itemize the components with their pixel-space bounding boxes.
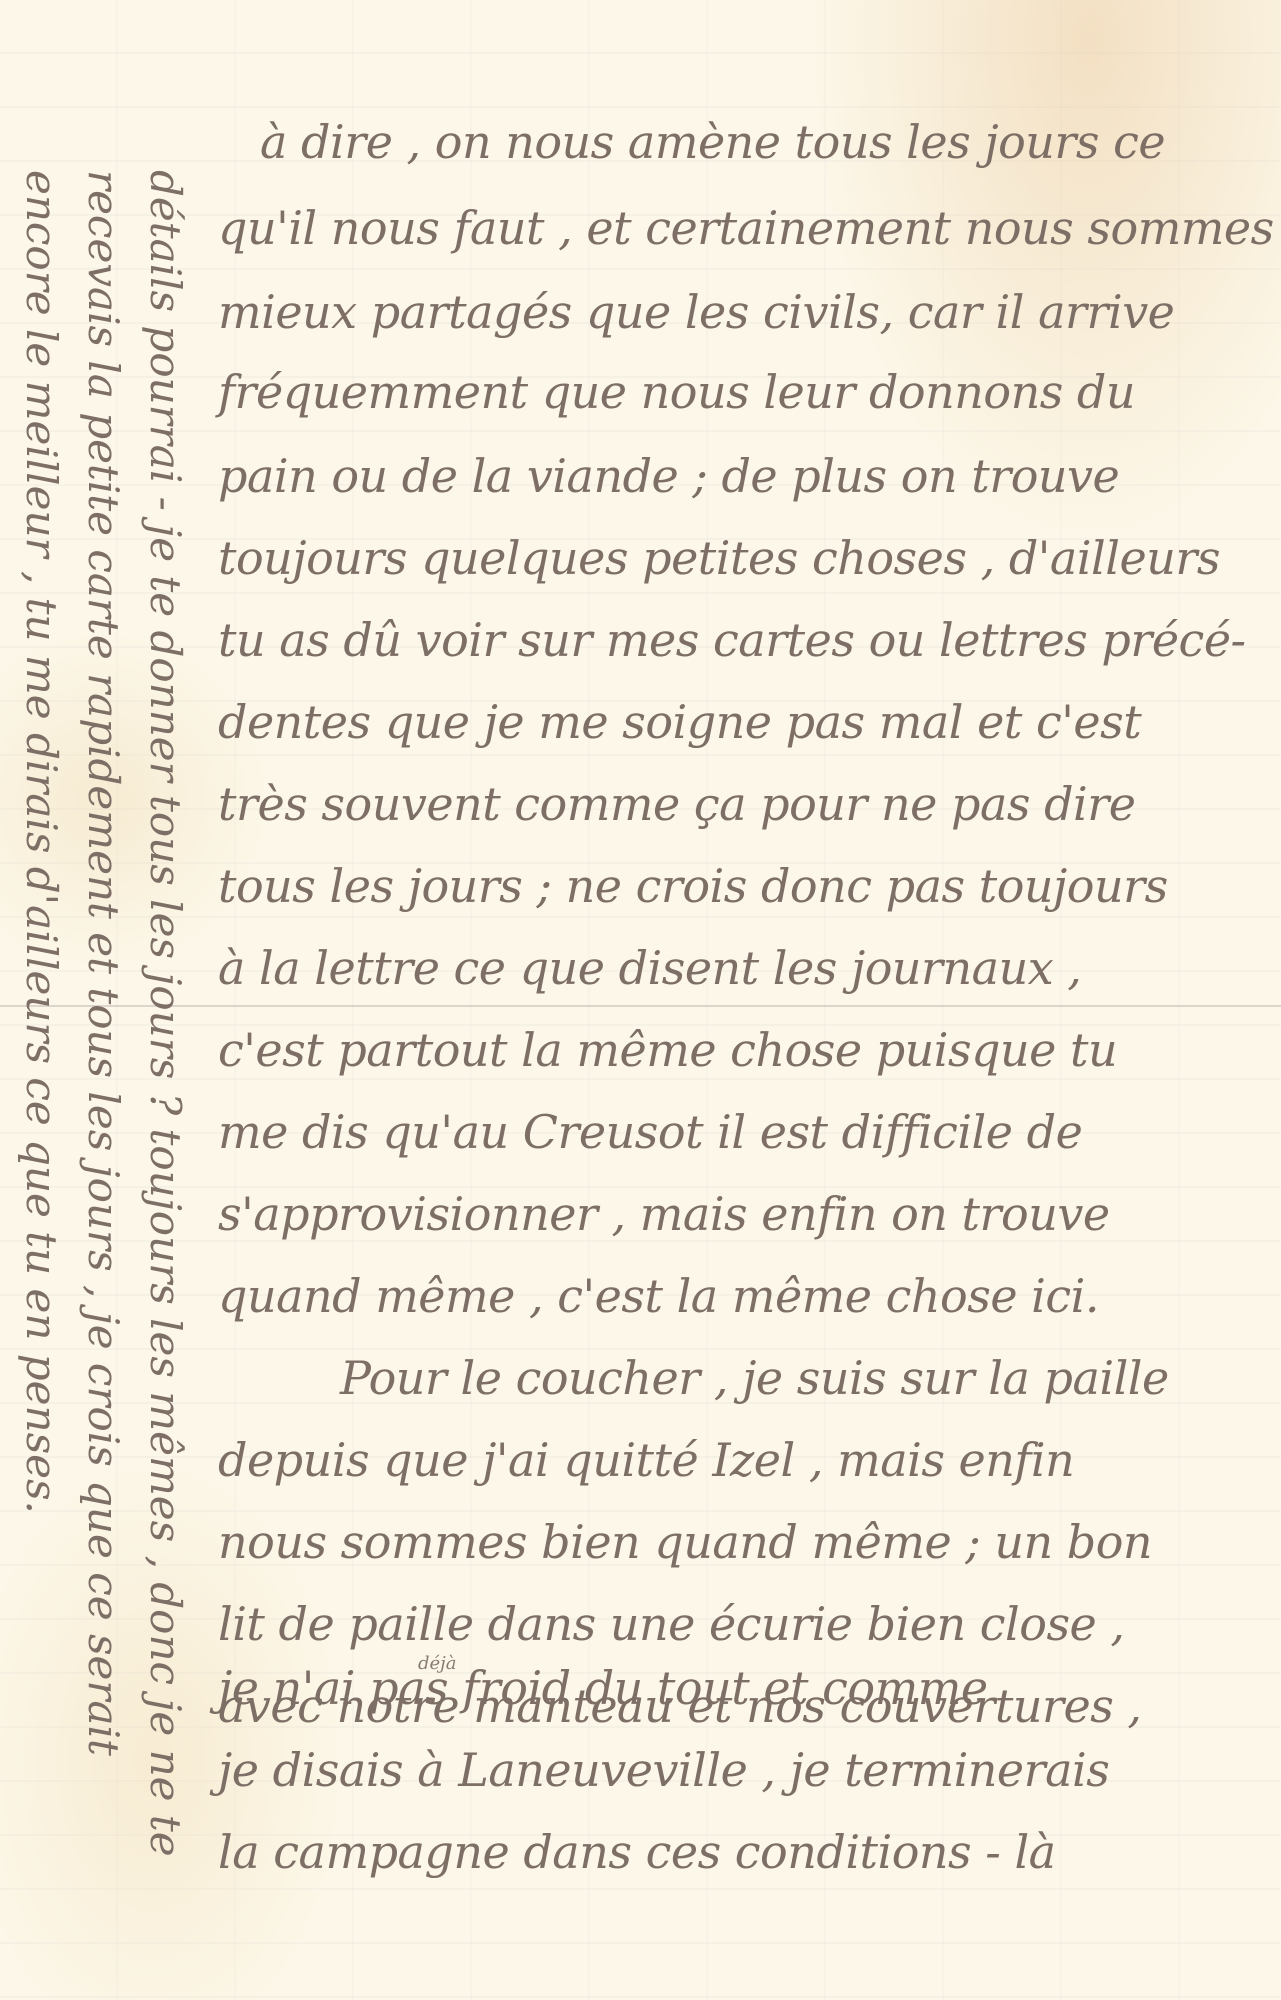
letter-line: toujours quelques petites choses , d'ail…	[218, 528, 1248, 588]
letter-line: nous sommes bien quand même ; un bon	[218, 1512, 1248, 1572]
letter-line: Pour le coucher , je suis sur la paille	[340, 1348, 1281, 1408]
letter-line: s'approvisionner , mais enfin on trouve	[218, 1184, 1248, 1244]
letter-line: tu as dû voir sur mes cartes ou lettres …	[218, 610, 1248, 670]
letter-line: depuis que j'ai quitté Izel , mais enfin	[218, 1430, 1248, 1490]
letter-line: mieux partagés que les civils, car il ar…	[218, 282, 1248, 342]
letter-line: qu'il nous faut , et certainement nous s…	[218, 198, 1248, 258]
letter-line: tous les jours ; ne crois donc pas toujo…	[218, 856, 1248, 916]
letter-line: fréquemment que nous leur donnons du	[218, 362, 1248, 422]
letter-line: à la lettre ce que disent les journaux ,	[218, 938, 1248, 998]
letter-line: lit de paille dans une écurie bien close…	[218, 1594, 1248, 1654]
letter-line: je disais à Laneuveville , je terminerai…	[218, 1740, 1248, 1800]
letter-line: à dire , on nous amène tous les jours ce	[260, 112, 1281, 172]
margin-note-line: recevais la petite carte rapidement et t…	[79, 170, 128, 1756]
letter-line: dentes que je me soigne pas mal et c'est	[218, 692, 1248, 752]
letter-line: pain ou de la viande ; de plus on trouve	[218, 446, 1248, 506]
letter-line: me dis qu'au Creusot il est difficile de	[218, 1102, 1248, 1162]
letter-line: très souvent comme ça pour ne pas dire	[218, 774, 1248, 834]
margin-note-line: encore le meilleur , tu me dirais d'aill…	[17, 170, 66, 1514]
letter-line: je n'ai pas froid du tout et comme	[218, 1658, 1248, 1718]
letter-line: c'est partout la même chose puisque tu	[218, 1020, 1248, 1080]
margin-note-line: détails pourrai - je te donner tous les …	[141, 170, 190, 1857]
interlinear-insertion: déjà	[418, 1653, 457, 1674]
letter-line: quand même , c'est la même chose ici.	[218, 1266, 1248, 1326]
letter-line: la campagne dans ces conditions - là	[218, 1822, 1248, 1882]
